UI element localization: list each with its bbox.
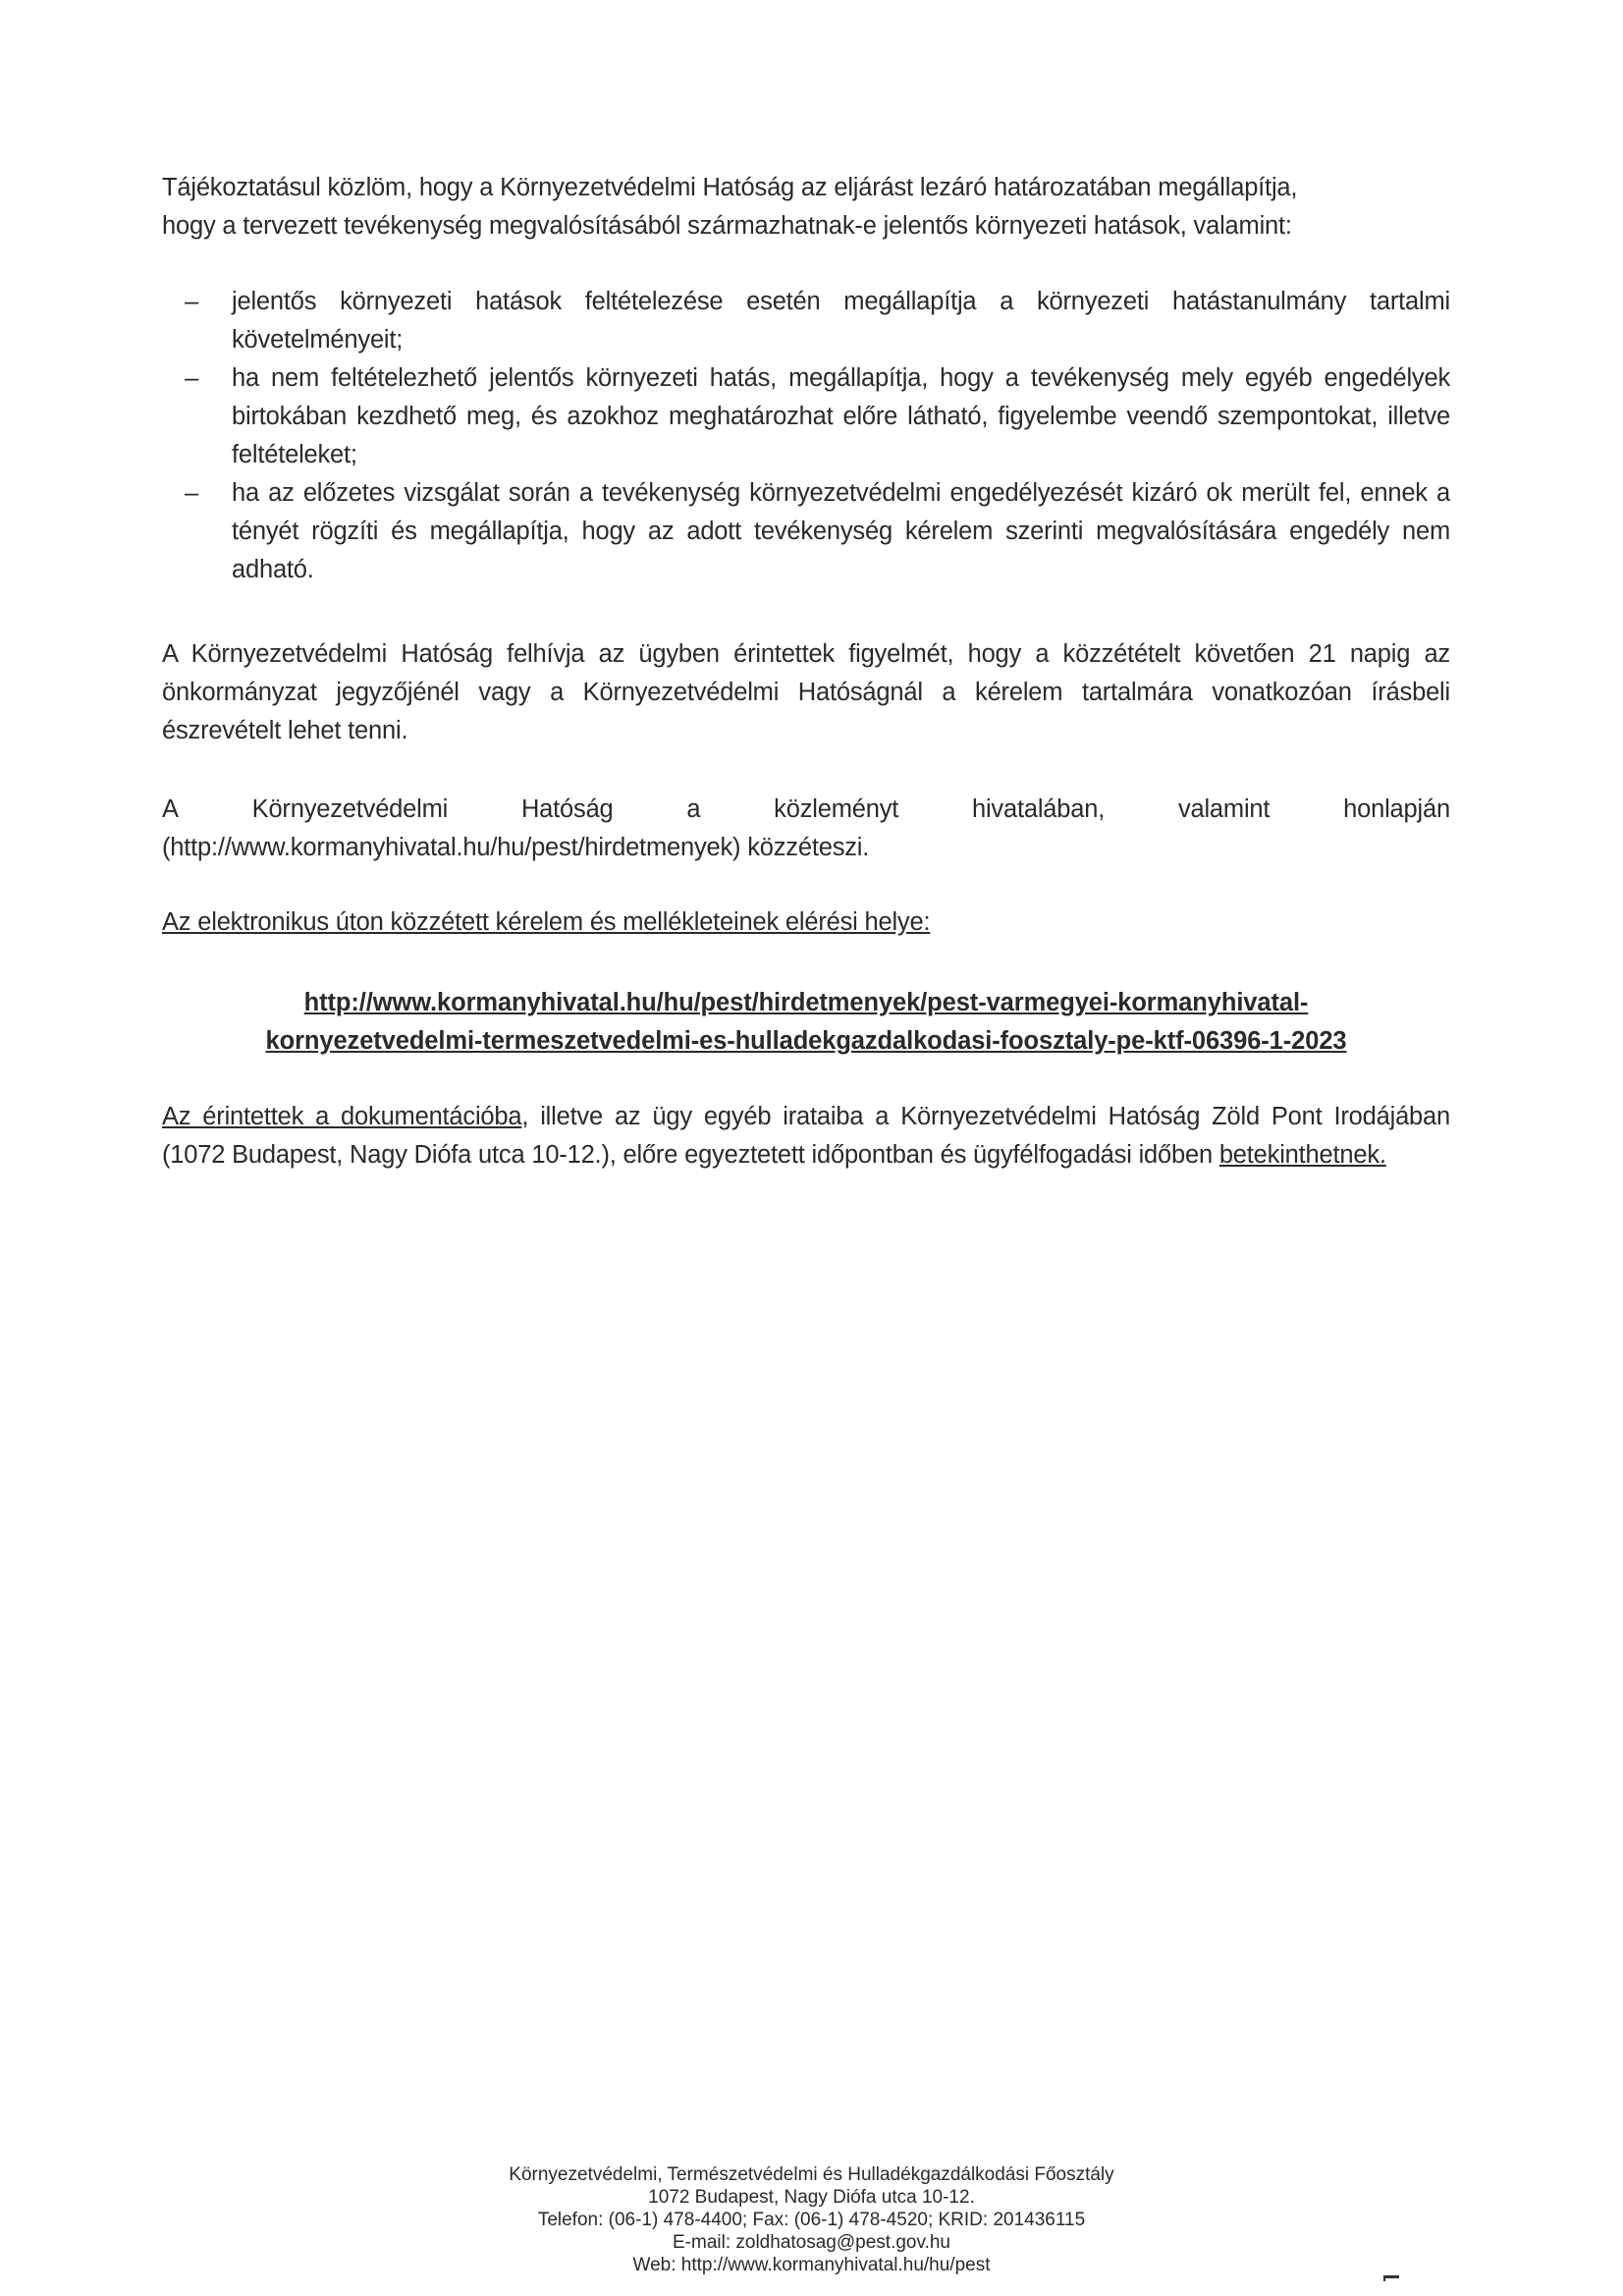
word: a (686, 791, 700, 829)
list-item-text: jelentős környezeti hatások feltételezés… (232, 288, 1450, 354)
inspection-underlined-start: Az érintettek a dokumentációba (162, 1103, 521, 1130)
scan-corner-mark-icon (1383, 2275, 1399, 2278)
document-page: Tájékoztatásul közlöm, hogy a Környezetv… (0, 0, 1623, 2296)
footer-department: Környezetvédelmi, Természetvédelmi és Hu… (295, 2163, 1328, 2186)
word: A (162, 791, 179, 829)
word: hivatalában, (972, 791, 1105, 829)
intro-line-1: Tájékoztatásul közlöm, hogy a Környezetv… (162, 169, 1450, 207)
access-heading: Az elektronikus úton közzétett kérelem é… (162, 903, 1450, 942)
list-item-text: ha nem feltételezhető jelentős környezet… (232, 364, 1450, 468)
footer-email[interactable]: E-mail: zoldhatosag@pest.gov.hu (295, 2231, 1328, 2254)
list-item: – jelentős környezeti hatások feltételez… (162, 283, 1450, 359)
word: közleményt (774, 791, 898, 829)
publication-line-2[interactable]: (http://www.kormanyhivatal.hu/hu/pest/hi… (162, 829, 1450, 867)
dash-bullet-icon: – (185, 359, 198, 398)
inspection-underlined-end: betekinthetnek. (1219, 1141, 1386, 1169)
word: Környezetvédelmi (252, 791, 448, 829)
inspection-paragraph: Az érintettek a dokumentációba, illetve … (162, 1098, 1450, 1175)
letterhead-footer: Környezetvédelmi, Természetvédelmi és Hu… (295, 2163, 1328, 2276)
access-link[interactable]: http://www.kormanyhivatal.hu/hu/pest/hir… (162, 984, 1450, 1061)
word: valamint (1178, 791, 1270, 829)
intro-line-2: hogy a tervezett tevékenység megvalósítá… (162, 207, 1450, 246)
dash-bullet-icon: – (185, 283, 198, 321)
word: honlapján (1343, 791, 1450, 829)
notice-paragraph: A Környezetvédelmi Hatóság felhívja az ü… (162, 635, 1450, 750)
list-item: – ha nem feltételezhető jelentős környez… (162, 359, 1450, 474)
list-item-text: ha az előzetes vizsgálat során a tevéken… (232, 479, 1450, 583)
footer-address: 1072 Budapest, Nagy Diófa utca 10-12. (295, 2186, 1328, 2209)
footer-web[interactable]: Web: http://www.kormanyhivatal.hu/hu/pes… (295, 2254, 1328, 2276)
dash-bullet-icon: – (185, 474, 198, 513)
footer-contact: Telefon: (06-1) 478-4400; Fax: (06-1) 47… (295, 2209, 1328, 2231)
decision-list: – jelentős környezeti hatások feltételez… (162, 283, 1450, 589)
publication-line-1: A Környezetvédelmi Hatóság a közleményt … (162, 791, 1450, 829)
word: Hatóság (521, 791, 614, 829)
publication-paragraph: A Környezetvédelmi Hatóság a közleményt … (162, 791, 1450, 867)
intro-paragraph: Tájékoztatásul közlöm, hogy a Környezetv… (162, 169, 1450, 246)
access-link-line-1[interactable]: http://www.kormanyhivatal.hu/hu/pest/hir… (162, 984, 1450, 1022)
list-item: – ha az előzetes vizsgálat során a tevék… (162, 474, 1450, 589)
access-link-line-2[interactable]: kornyezetvedelmi-termeszetvedelmi-es-hul… (162, 1022, 1450, 1061)
